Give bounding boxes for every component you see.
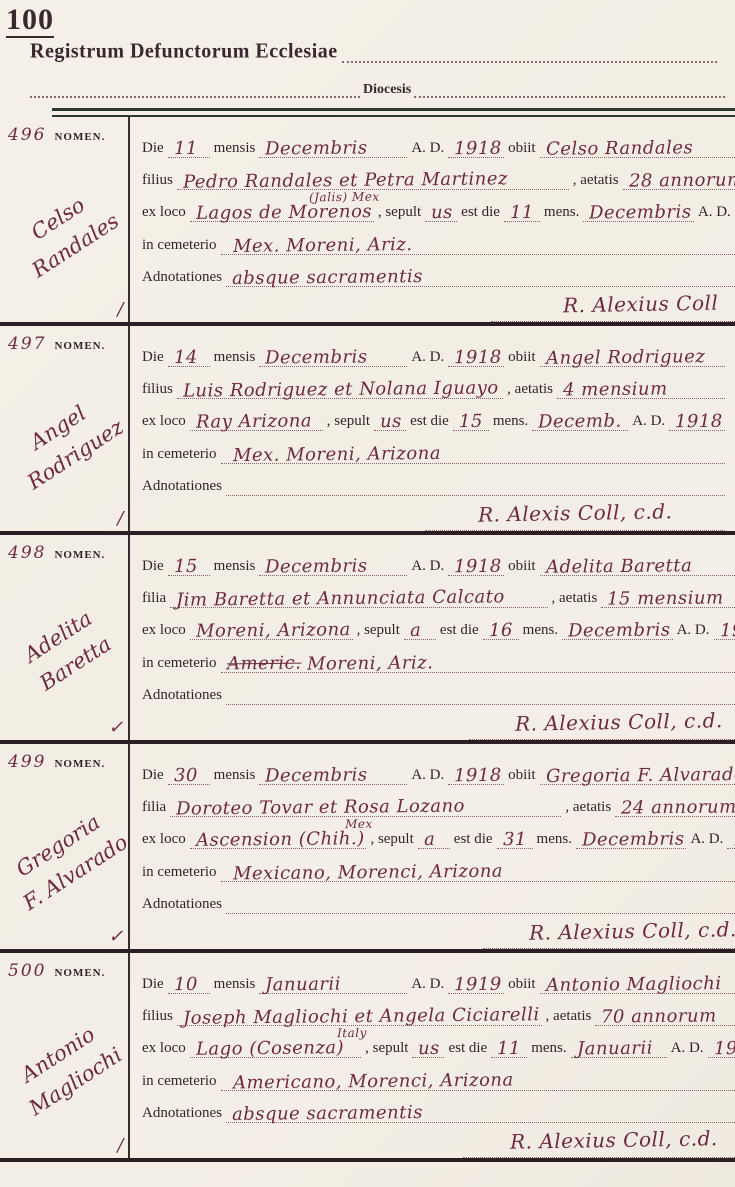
age-value: 28 annorum [629, 171, 735, 190]
burial-day-blank: 11 [491, 1038, 527, 1058]
mensis-label: mensis [210, 349, 260, 367]
die-label: Die [142, 976, 168, 994]
sepult-suffix-value: us [380, 413, 402, 431]
filiation-label: filius [142, 172, 177, 190]
annotations-value: absque sacramentis [232, 268, 423, 288]
cemetery-line: in cemeterio Mexicano, Morenci, Arizona [142, 849, 735, 881]
adnotationes-label: Adnotationes [142, 896, 226, 914]
entry-form-column: Die 30 mensis Decembris A. D. 1918 obiit… [130, 744, 735, 949]
die-label: Die [142, 140, 168, 158]
diocesis-row: Diocesis [30, 79, 725, 99]
death-line: Die 30 mensis Decembris A. D. 1918 obiit… [142, 752, 735, 784]
check-mark: / [117, 301, 124, 319]
parents-blank: Luis Rodriguez et Nolana Iguayo [177, 379, 503, 399]
burial-day-blank: 31 [497, 829, 533, 849]
death-day-blank: 14 [168, 347, 210, 367]
entry-margin-column: 500NOMEN. Antonio Magliochi / [0, 953, 130, 1158]
place-value: Ascension (Chih.) [196, 830, 365, 850]
death-year-blank: 1918 [448, 138, 504, 158]
cemetery-value: Mexicano, Morenci, Arizona [232, 862, 502, 883]
aetatis-label: , aetatis [561, 799, 615, 817]
signature-line: R. Alexis Coll, c.d. [425, 500, 725, 531]
page-number: 100 [6, 4, 54, 38]
age-blank: 24 annorum [615, 797, 735, 817]
death-day-blank: 10 [168, 974, 210, 994]
death-line: Die 15 mensis Decembris A. D. 1918 obiit… [142, 543, 735, 575]
signature-line: R. Alexius Coll, c.d. [483, 918, 735, 949]
cemetery-blank: Mexicano, Morenci, Arizona [221, 862, 735, 882]
entry-number: 497 [8, 334, 54, 354]
burial-year-blank: 1918 [714, 620, 735, 640]
entry-number: 500 [8, 961, 54, 981]
place-value: Moreni, Arizona [196, 622, 351, 642]
burial-day-blank: 16 [483, 620, 519, 640]
death-line: Die 10 mensis Januarii A. D. 1919 obiit … [142, 961, 735, 993]
adnotationes-label: Adnotationes [142, 269, 226, 287]
register-entry: 500NOMEN. Antonio Magliochi / Die 10 men… [0, 953, 735, 1162]
entry-margin-column: 498NOMEN. Adelita Baretta ✓ [0, 535, 130, 740]
nomen-label: NOMEN. [54, 131, 105, 143]
annotations-line: Adnotationes [142, 464, 725, 496]
cemetery-blank: Americ.Moreni, Ariz. [221, 653, 735, 673]
death-day-value: 14 [174, 348, 198, 366]
burial-month-blank: Decemb. [532, 411, 628, 431]
sepult-label: , sepult [323, 413, 374, 431]
nomen-label: NOMEN. [54, 967, 105, 979]
filiation-label: filius [142, 381, 177, 399]
burial-day-value: 11 [510, 204, 534, 222]
signature-value: R. Alexius Coll, c.d. [529, 919, 735, 943]
age-value: 24 annorum [621, 798, 735, 817]
annotations-blank [226, 477, 725, 496]
ad-label-2: A. D. [628, 413, 669, 431]
burial-year-blank: 1919 [708, 1038, 735, 1058]
register-page: 100 Registrum Defunctorum Ecclesiae Dioc… [0, 0, 735, 1187]
entry-margin-column: 497NOMEN. Angel Rodriguez / [0, 326, 130, 531]
filiation-line: filius Pedro Randales et Petra Martinez … [142, 158, 735, 190]
mens-label: mens. [533, 831, 576, 849]
register-entry: 497NOMEN. Angel Rodriguez / Die 14 mensi… [0, 326, 735, 535]
death-day-value: 10 [174, 975, 198, 993]
title-row: Registrum Defunctorum Ecclesiae [30, 40, 717, 63]
sepult-suffix-blank: us [412, 1038, 444, 1058]
est-die-label: est die [444, 1040, 491, 1058]
ad-label: A. D. [407, 767, 448, 785]
entry-form-column: Die 11 mensis Decembris A. D. 1918 obiit… [130, 117, 735, 322]
title-rule-line [342, 41, 717, 62]
ad-label-2: A. D. [686, 831, 727, 849]
obiit-label: obiit [504, 767, 540, 785]
death-line: Die 14 mensis Decembris A. D. 1918 obiit… [142, 334, 725, 366]
deceased-name-value: Gregoria F. Alvarado [546, 765, 735, 785]
burial-year-value: 1919 [713, 1040, 735, 1058]
parents-blank: Jim Baretta et Annunciata Calcato [170, 588, 547, 608]
death-month-blank: Januarii [259, 974, 407, 994]
death-month-value: Decembris [265, 557, 368, 576]
check-mark: ✓ [108, 928, 124, 946]
est-die-label: est die [406, 413, 453, 431]
age-blank: 28 annorum [623, 170, 735, 190]
mensis-label: mensis [210, 140, 260, 158]
mensis-label: mensis [210, 976, 260, 994]
burial-month-value: Decembris [589, 204, 692, 223]
filiation-label: filius [142, 1008, 177, 1026]
die-label: Die [142, 767, 168, 785]
ad-label: A. D. [407, 349, 448, 367]
parents-value: Pedro Randales et Petra Martinez [183, 170, 508, 191]
burial-month-value: Decembris [568, 622, 671, 641]
burial-day-value: 15 [459, 413, 483, 431]
sepult-label: , sepult [361, 1040, 412, 1058]
entry-form-column: Die 15 mensis Decembris A. D. 1918 obiit… [130, 535, 735, 740]
cemetery-line: in cemeterio Mex. Moreni, Ariz. [142, 222, 735, 254]
obiit-label: obiit [504, 349, 540, 367]
margin-name: Antonio Magliochi [0, 1007, 139, 1131]
parents-blank: Pedro Randales et Petra Martinez [177, 170, 569, 190]
sepult-label: , sepult [366, 831, 417, 849]
entry-number: 498 [8, 543, 54, 563]
entry-head: 499NOMEN. [0, 744, 128, 772]
sepult-suffix-value: us [431, 204, 453, 222]
check-mark: / [117, 510, 124, 528]
ex-loco-label: ex loco [142, 413, 190, 431]
aetatis-label: , aetatis [548, 590, 602, 608]
parents-value: Joseph Magliochi et Angela Ciciarelli [183, 1006, 540, 1028]
ex-loco-label: ex loco [142, 622, 190, 640]
death-month-blank: Decembris [259, 347, 407, 367]
burial-month-value: Januarii [577, 1040, 653, 1059]
age-blank: 4 mensium [557, 379, 725, 399]
mens-label: mens. [540, 204, 583, 222]
place-interline-note: Mex [345, 818, 373, 830]
annotations-blank: absque sacramentis [226, 267, 735, 287]
burial-line: ex loco Ray Arizona , sepult us est die … [142, 399, 725, 431]
death-year-value: 1918 [454, 766, 502, 784]
cemetery-value: Moreni, Ariz. [307, 654, 434, 673]
annotations-blank: absque sacramentis [226, 1103, 735, 1123]
annotations-blank [226, 895, 735, 914]
sepult-suffix-blank: us [425, 202, 457, 222]
obiit-label: obiit [504, 976, 540, 994]
entry-form-column: Die 14 mensis Decembris A. D. 1918 obiit… [130, 326, 735, 531]
ad-label: A. D. [407, 140, 448, 158]
adnotationes-label: Adnotationes [142, 687, 226, 705]
nomen-label: NOMEN. [54, 758, 105, 770]
death-month-blank: Decembris [259, 138, 407, 158]
place-blank: Ray Arizona [190, 411, 323, 431]
margin-name: Gregoria F. Alvarado [0, 798, 139, 922]
place-interline-note: (Jalis) Mex [309, 191, 380, 204]
sepult-label: , sepult [353, 622, 404, 640]
cemetery-line: in cemeterio Mex. Moreni, Arizona [142, 431, 725, 463]
mens-label: mens. [489, 413, 532, 431]
entries: 496NOMEN. Celso Randales / Die 11 mensis… [0, 117, 735, 1162]
diocesis-rule-right [414, 79, 725, 99]
annotations-blank [226, 686, 735, 705]
parents-blank: Doroteo Tovar et Rosa Lozano [170, 797, 561, 817]
filiation-label: filia [142, 799, 170, 817]
diocesis-label: Diocesis [360, 82, 414, 98]
cemetery-blank: Mex. Moreni, Arizona [221, 444, 725, 464]
place-blank: Lago (Cosenza) Italy [190, 1038, 361, 1058]
cemetery-line: in cemeterio Americano, Morenci, Arizona [142, 1058, 735, 1090]
signature-line: R. Alexius Coll, c.d. [469, 709, 735, 740]
burial-month-blank: Januarii [571, 1038, 667, 1058]
ad-label-2: A. D. [667, 1040, 708, 1058]
burial-day-value: 31 [502, 831, 526, 849]
entry-head: 496NOMEN. [0, 117, 128, 145]
burial-day-blank: 15 [453, 411, 489, 431]
parents-value: Doroteo Tovar et Rosa Lozano [176, 797, 465, 818]
age-value: 4 mensium [563, 380, 668, 399]
death-day-blank: 30 [168, 765, 210, 785]
register-entry: 496NOMEN. Celso Randales / Die 11 mensis… [0, 117, 735, 326]
entry-number: 499 [8, 752, 54, 772]
register-entry: 498NOMEN. Adelita Baretta ✓ Die 15 mensi… [0, 535, 735, 744]
death-day-blank: 15 [168, 556, 210, 576]
burial-line: ex loco Moreni, Arizona , sepult a est d… [142, 608, 735, 640]
margin-name: Angel Rodriguez [0, 380, 139, 504]
aetatis-label: , aetatis [569, 172, 623, 190]
death-year-value: 1918 [454, 348, 502, 366]
entry-margin-column: 499NOMEN. Gregoria F. Alvarado ✓ [0, 744, 130, 949]
ex-loco-label: ex loco [142, 204, 190, 222]
mensis-label: mensis [210, 767, 260, 785]
burial-month-value: Decemb. [538, 413, 622, 432]
filiation-line: filius Joseph Magliochi et Angela Ciciar… [142, 994, 735, 1026]
sepult-suffix-blank: a [418, 829, 450, 849]
death-day-value: 30 [174, 766, 198, 784]
place-blank: Moreni, Arizona [190, 620, 353, 640]
death-year-blank: 1918 [448, 556, 504, 576]
sepult-suffix-value: us [418, 1040, 440, 1058]
cemetery-value: Mex. Moreni, Ariz. [232, 236, 412, 256]
burial-day-value: 11 [497, 1040, 521, 1058]
adnotationes-label: Adnotationes [142, 1105, 226, 1123]
death-month-value: Januarii [265, 975, 341, 994]
burial-year-value: 1918 [675, 413, 723, 431]
burial-month-blank: Decembris [583, 202, 694, 222]
burial-month-blank: Decembris [576, 829, 687, 849]
annotations-value: absque sacramentis [232, 1104, 423, 1124]
death-year-blank: 1919 [448, 974, 504, 994]
sepult-label: , sepult [374, 204, 425, 222]
in-cemeterio-label: in cemeterio [142, 237, 221, 255]
burial-line: ex loco Lagos de Morenos (Jalis) Mex , s… [142, 190, 735, 222]
place-value: Ray Arizona [196, 413, 312, 432]
death-day-value: 11 [174, 139, 198, 157]
ad-label: A. D. [407, 558, 448, 576]
burial-line: ex loco Lago (Cosenza) Italy , sepult us… [142, 1026, 735, 1058]
cemetery-value: Americano, Morenci, Arizona [232, 1071, 513, 1092]
mens-label: mens. [527, 1040, 570, 1058]
filiation-label: filia [142, 590, 170, 608]
entry-head: 500NOMEN. [0, 953, 128, 981]
age-value: 70 annorum [601, 1007, 717, 1026]
ad-label-2: A. D. [673, 622, 714, 640]
entry-margin-column: 496NOMEN. Celso Randales / [0, 117, 130, 322]
margin-name: Celso Randales [0, 171, 139, 295]
burial-day-value: 16 [489, 622, 513, 640]
mens-label: mens. [519, 622, 562, 640]
filiation-line: filius Luis Rodriguez et Nolana Iguayo ,… [142, 367, 725, 399]
burial-year-blank: 1918 [669, 411, 725, 431]
place-blank: Ascension (Chih.) Mex [190, 829, 367, 849]
check-mark: ✓ [108, 719, 124, 737]
death-day-blank: 11 [168, 138, 210, 158]
est-die-label: est die [457, 204, 504, 222]
die-label: Die [142, 349, 168, 367]
in-cemeterio-label: in cemeterio [142, 1073, 221, 1091]
header-double-rule [52, 108, 735, 117]
entry-form-column: Die 10 mensis Januarii A. D. 1919 obiit … [130, 953, 735, 1158]
parents-value: Jim Baretta et Annunciata Calcato [176, 588, 505, 609]
nomen-label: NOMEN. [54, 340, 105, 352]
burial-month-blank: Decembris [562, 620, 673, 640]
death-year-value: 1919 [454, 975, 502, 993]
age-blank: 70 annorum [595, 1006, 735, 1026]
ex-loco-label: ex loco [142, 1040, 190, 1058]
place-blank: Lagos de Morenos (Jalis) Mex [190, 202, 374, 222]
deceased-blank: Celso Randales [540, 138, 735, 158]
diocesis-rule-left [30, 79, 360, 99]
entry-head: 497NOMEN. [0, 326, 128, 354]
parents-blank: Joseph Magliochi et Angela Ciciarelli [177, 1006, 542, 1026]
deceased-blank: Antonio Magliochi [540, 974, 735, 994]
in-cemeterio-label: in cemeterio [142, 446, 221, 464]
ad-label: A. D. [407, 976, 448, 994]
est-die-label: est die [436, 622, 483, 640]
nomen-label: NOMEN. [54, 549, 105, 561]
in-cemeterio-label: in cemeterio [142, 864, 221, 882]
age-blank: 15 mensium [601, 588, 735, 608]
in-cemeterio-label: in cemeterio [142, 655, 221, 673]
adnotationes-label: Adnotationes [142, 478, 226, 496]
parents-value: Luis Rodriguez et Nolana Iguayo [183, 379, 499, 400]
burial-month-value: Decembris [582, 831, 685, 850]
ex-loco-label: ex loco [142, 831, 190, 849]
deceased-blank: Gregoria F. Alvarado [540, 765, 735, 785]
death-line: Die 11 mensis Decembris A. D. 1918 obiit… [142, 125, 735, 157]
signature-line: R. Alexius Coll [491, 291, 735, 322]
cemetery-struck-value: Americ. [226, 654, 301, 673]
cemetery-blank: Mex. Moreni, Ariz. [221, 235, 735, 255]
death-month-blank: Decembris [259, 556, 407, 576]
obiit-label: obiit [504, 558, 540, 576]
death-year-blank: 1918 [448, 347, 504, 367]
aetatis-label: , aetatis [503, 381, 557, 399]
obiit-label: obiit [504, 140, 540, 158]
death-month-value: Decembris [265, 139, 368, 158]
death-year-value: 1918 [454, 139, 502, 157]
register-entry: 499NOMEN. Gregoria F. Alvarado ✓ Die 30 … [0, 744, 735, 953]
annotations-line: Adnotationes absque sacramentis [142, 1091, 735, 1123]
filiation-line: filia Jim Baretta et Annunciata Calcato … [142, 576, 735, 608]
annotations-line: Adnotationes [142, 882, 735, 914]
deceased-name-value: Angel Rodriguez [546, 348, 705, 368]
deceased-blank: Adelita Baretta [540, 556, 735, 576]
page-title: Registrum Defunctorum Ecclesiae [30, 39, 342, 64]
signature-line: R. Alexius Coll, c.d. [463, 1127, 735, 1158]
annotations-line: Adnotationes [142, 673, 735, 705]
die-label: Die [142, 558, 168, 576]
cemetery-line: in cemeterio Americ.Moreni, Ariz. [142, 640, 735, 672]
cemetery-value: Mex. Moreni, Arizona [232, 445, 440, 465]
death-month-blank: Decembris [259, 765, 407, 785]
place-interline-note: Italy [337, 1027, 367, 1039]
death-year-blank: 1918 [448, 765, 504, 785]
burial-line: ex loco Ascension (Chih.) Mex , sepult a… [142, 817, 735, 849]
death-month-value: Decembris [265, 766, 368, 785]
annotations-line: Adnotationes absque sacramentis [142, 255, 735, 287]
aetatis-label: , aetatis [542, 1008, 596, 1026]
entry-number: 496 [8, 125, 54, 145]
est-die-label: est die [450, 831, 497, 849]
deceased-name-value: Adelita Baretta [546, 557, 692, 577]
place-value: Lago (Cosenza) [196, 1040, 344, 1060]
sepult-suffix-blank: a [404, 620, 436, 640]
filiation-line: filia Doroteo Tovar et Rosa Lozano , aet… [142, 785, 735, 817]
age-value: 15 mensium [607, 589, 724, 608]
death-year-value: 1918 [454, 557, 502, 575]
signature-value: R. Alexius Coll, c.d. [509, 1128, 717, 1152]
entry-head: 498NOMEN. [0, 535, 128, 563]
place-value: Lagos de Morenos [196, 203, 372, 223]
check-mark: / [117, 1137, 124, 1155]
burial-day-blank: 11 [504, 202, 540, 222]
ad-label-2: A. D. [694, 204, 735, 222]
cemetery-blank: Americano, Morenci, Arizona [221, 1071, 735, 1091]
margin-name: Adelita Baretta [0, 589, 139, 713]
sepult-suffix-value: a [424, 831, 435, 849]
sepult-suffix-blank: us [374, 411, 406, 431]
burial-year-blank: 1918 [727, 829, 735, 849]
death-month-value: Decembris [265, 348, 368, 367]
signature-value: R. Alexis Coll, c.d. [478, 501, 673, 524]
burial-year-value: 1918 [719, 622, 735, 640]
deceased-name-value: Celso Randales [546, 139, 693, 159]
sepult-suffix-value: a [410, 622, 421, 640]
death-day-value: 15 [174, 557, 198, 575]
signature-value: R. Alexius Coll, c.d. [515, 710, 723, 734]
deceased-name-value: Antonio Magliochi [546, 975, 722, 995]
signature-value: R. Alexius Coll [563, 293, 719, 316]
mensis-label: mensis [210, 558, 260, 576]
deceased-blank: Angel Rodriguez [540, 347, 725, 367]
